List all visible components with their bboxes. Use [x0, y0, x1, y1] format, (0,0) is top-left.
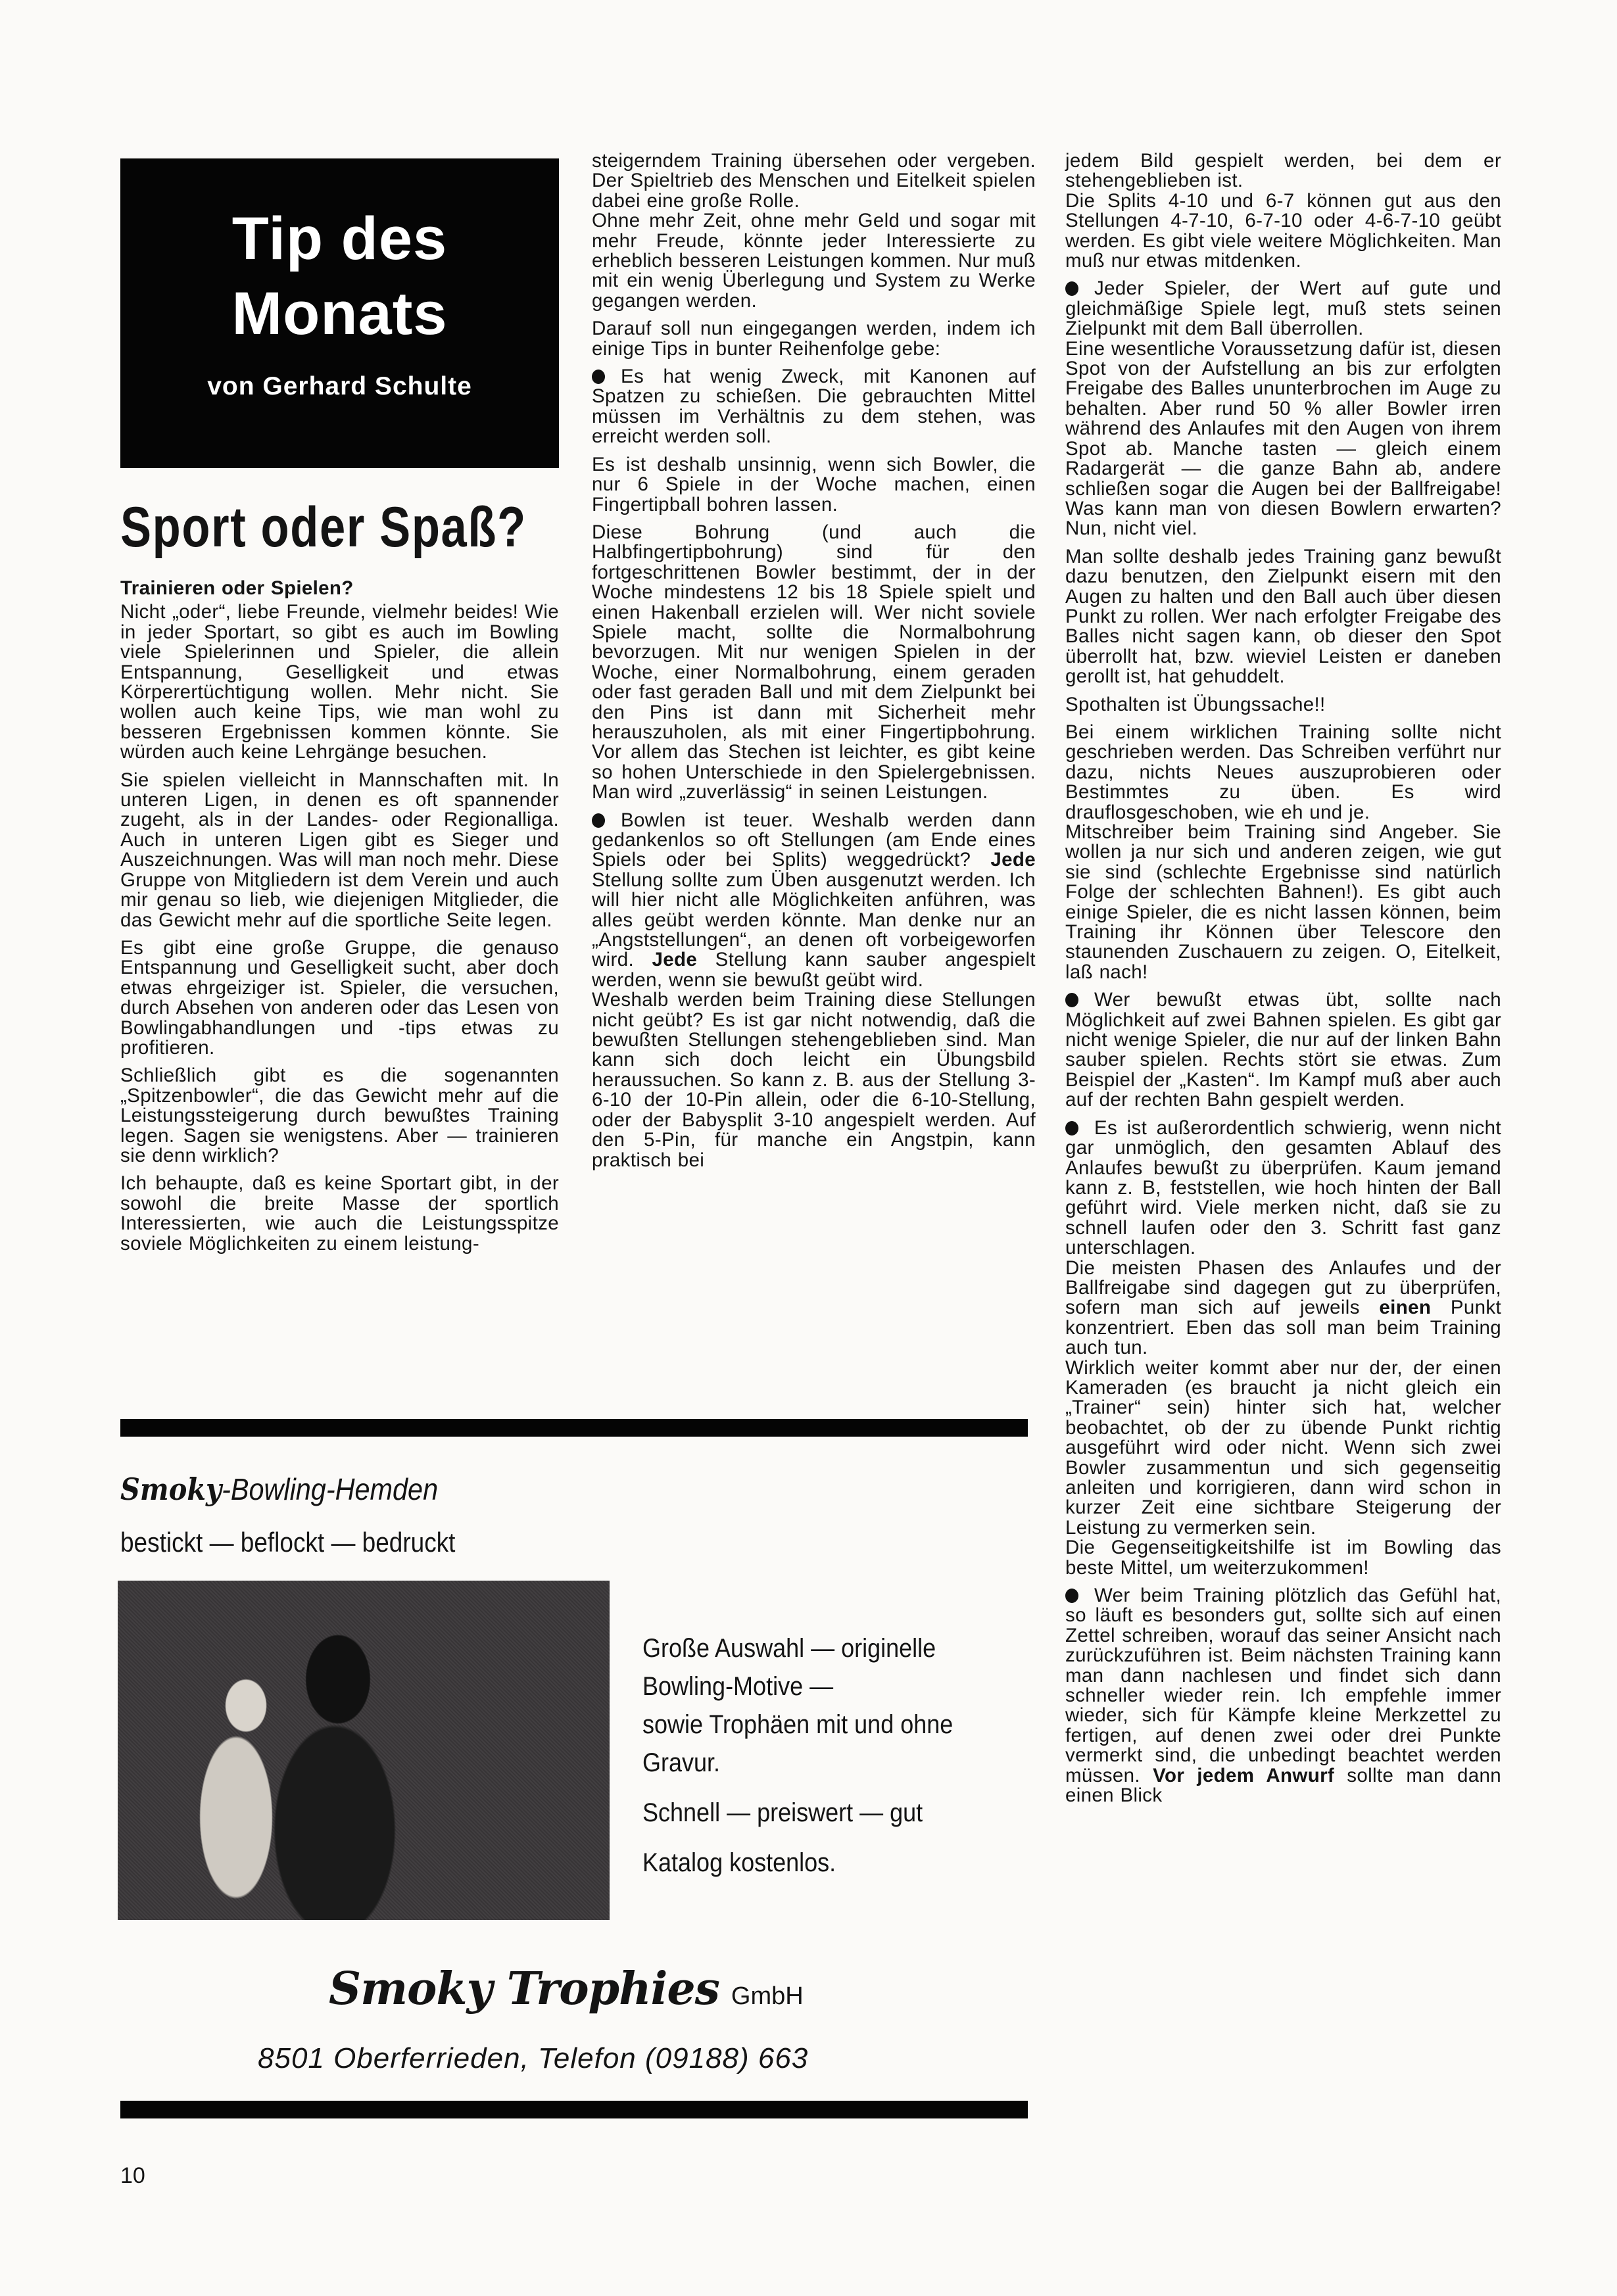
- paragraph: Es ist deshalb unsinnig, wenn sich Bowle…: [592, 455, 1036, 515]
- emphasis: einen: [1379, 1297, 1431, 1318]
- ad-bottom-rule: [120, 2101, 1028, 2118]
- ad-feature: Katalog kostenlos.: [642, 1844, 998, 1882]
- text-run: Bowlen ist teuer. Weshalb werden dann ge…: [592, 809, 1036, 871]
- title-line-1: Tip des: [120, 208, 559, 269]
- article-headline: Sport oder Spaß?: [120, 494, 480, 560]
- column-title-box: Tip des Monats von Gerhard Schulte: [120, 158, 559, 468]
- brand-script: Smoky: [120, 1471, 222, 1507]
- emphasis: Jede: [990, 849, 1036, 871]
- article-column-1: Trainieren oder Spielen? Nicht „oder“, l…: [120, 579, 559, 1262]
- paragraph: Schließlich gibt es die sogenannten „Spi…: [120, 1066, 559, 1166]
- ad-feature: sowie Trophäen mit und ohne: [642, 1706, 998, 1744]
- paragraph: Darauf soll nun eingegangen werden, inde…: [592, 319, 1036, 359]
- title-line-2: Monats: [120, 283, 559, 344]
- ad-features-list: Große Auswahl — originelle Bowling-Motiv…: [642, 1629, 998, 1882]
- text-run: Wer beim Training plötzlich das Gefühl h…: [1065, 1585, 1501, 1786]
- emphasis: Vor jedem Anwurf: [1153, 1765, 1334, 1786]
- tip-bullet-paragraph: Wer beim Training plötzlich das Gefühl h…: [1065, 1586, 1501, 1806]
- tip-bullet-paragraph: Bowlen ist teuer. Weshalb werden dann ge…: [592, 811, 1036, 991]
- paragraph: Mitschreiber beim Training sind Angeber.…: [1065, 823, 1501, 982]
- brand-rest: -Bowling-Hemden: [222, 1472, 438, 1506]
- paragraph: Sie spielen vielleicht in Mannschaften m…: [120, 771, 559, 930]
- ad-subline: bestickt — beflockt — bedruckt: [120, 1527, 455, 1558]
- page-number: 10: [120, 2163, 145, 2189]
- tip-bullet-paragraph: Wer bewußt etwas übt, sollte nach Möglic…: [1065, 990, 1501, 1110]
- paragraph: Die meisten Phasen des Anlaufes und der …: [1065, 1258, 1501, 1358]
- paragraph: Die Gegenseitigkeitshilfe ist im Bowling…: [1065, 1538, 1501, 1578]
- ad-brand-title: Smoky-Bowling-Hemden: [120, 1471, 438, 1507]
- ad-photo: [118, 1581, 610, 1920]
- subheading: Trainieren oder Spielen?: [120, 579, 559, 598]
- paragraph: Eine wesentliche Voraussetzung dafür ist…: [1065, 339, 1501, 539]
- ad-feature: Gravur.: [642, 1744, 998, 1782]
- tip-bullet-paragraph: Es ist außerordentlich schwierig, wenn n…: [1065, 1118, 1501, 1258]
- ad-feature: Schnell — preiswert — gut: [642, 1794, 998, 1832]
- tip-bullet-paragraph: Jeder Spieler, der Wert auf gute und gle…: [1065, 279, 1501, 339]
- paragraph: Wirklich weiter kommt aber nur der, der …: [1065, 1358, 1501, 1539]
- paragraph: Es gibt eine große Gruppe, die genauso E…: [120, 938, 559, 1058]
- paragraph: Diese Bohrung (und auch die Halbfingerti…: [592, 523, 1036, 803]
- paragraph: Bei einem wirklichen Training sollte nic…: [1065, 723, 1501, 823]
- article-column-2: steigerndem Training übersehen oder verg…: [592, 151, 1036, 1178]
- article-column-3: jedem Bild gespielt werden, bei dem er s…: [1065, 151, 1501, 1814]
- paragraph: Die Splits 4-10 und 6-7 können gut aus d…: [1065, 191, 1501, 272]
- emphasis: Jede: [652, 949, 697, 970]
- ad-company-logo: Smoky TrophiesGmbH: [329, 1963, 804, 2015]
- tip-bullet-paragraph: Es hat wenig Zweck, mit Kanonen auf Spat…: [592, 367, 1036, 447]
- ad-feature: Große Auswahl — originelle: [642, 1629, 998, 1667]
- paragraph: Spothalten ist Übungssache!!: [1065, 695, 1501, 715]
- ad-feature: Bowling-Motive —: [642, 1667, 998, 1706]
- ad-top-rule: [120, 1419, 1028, 1437]
- paragraph: jedem Bild gespielt werden, bei dem er s…: [1065, 151, 1501, 191]
- paragraph: Nicht „oder“, liebe Freunde, vielmehr be…: [120, 602, 559, 762]
- paragraph: steigerndem Training übersehen oder verg…: [592, 151, 1036, 211]
- paragraph: Ohne mehr Zeit, ohne mehr Geld und sogar…: [592, 211, 1036, 311]
- company-script-name: Smoky Trophies: [329, 1963, 719, 2015]
- ad-address: 8501 Oberferrieden, Telefon (09188) 663: [258, 2042, 808, 2075]
- paragraph: Man sollte deshalb jedes Training ganz b…: [1065, 547, 1501, 687]
- paragraph: Weshalb werden beim Training diese Stell…: [592, 990, 1036, 1170]
- author-byline: von Gerhard Schulte: [120, 372, 559, 401]
- paragraph: Ich behaupte, daß es keine Sportart gibt…: [120, 1174, 559, 1254]
- company-suffix: GmbH: [731, 1982, 804, 2010]
